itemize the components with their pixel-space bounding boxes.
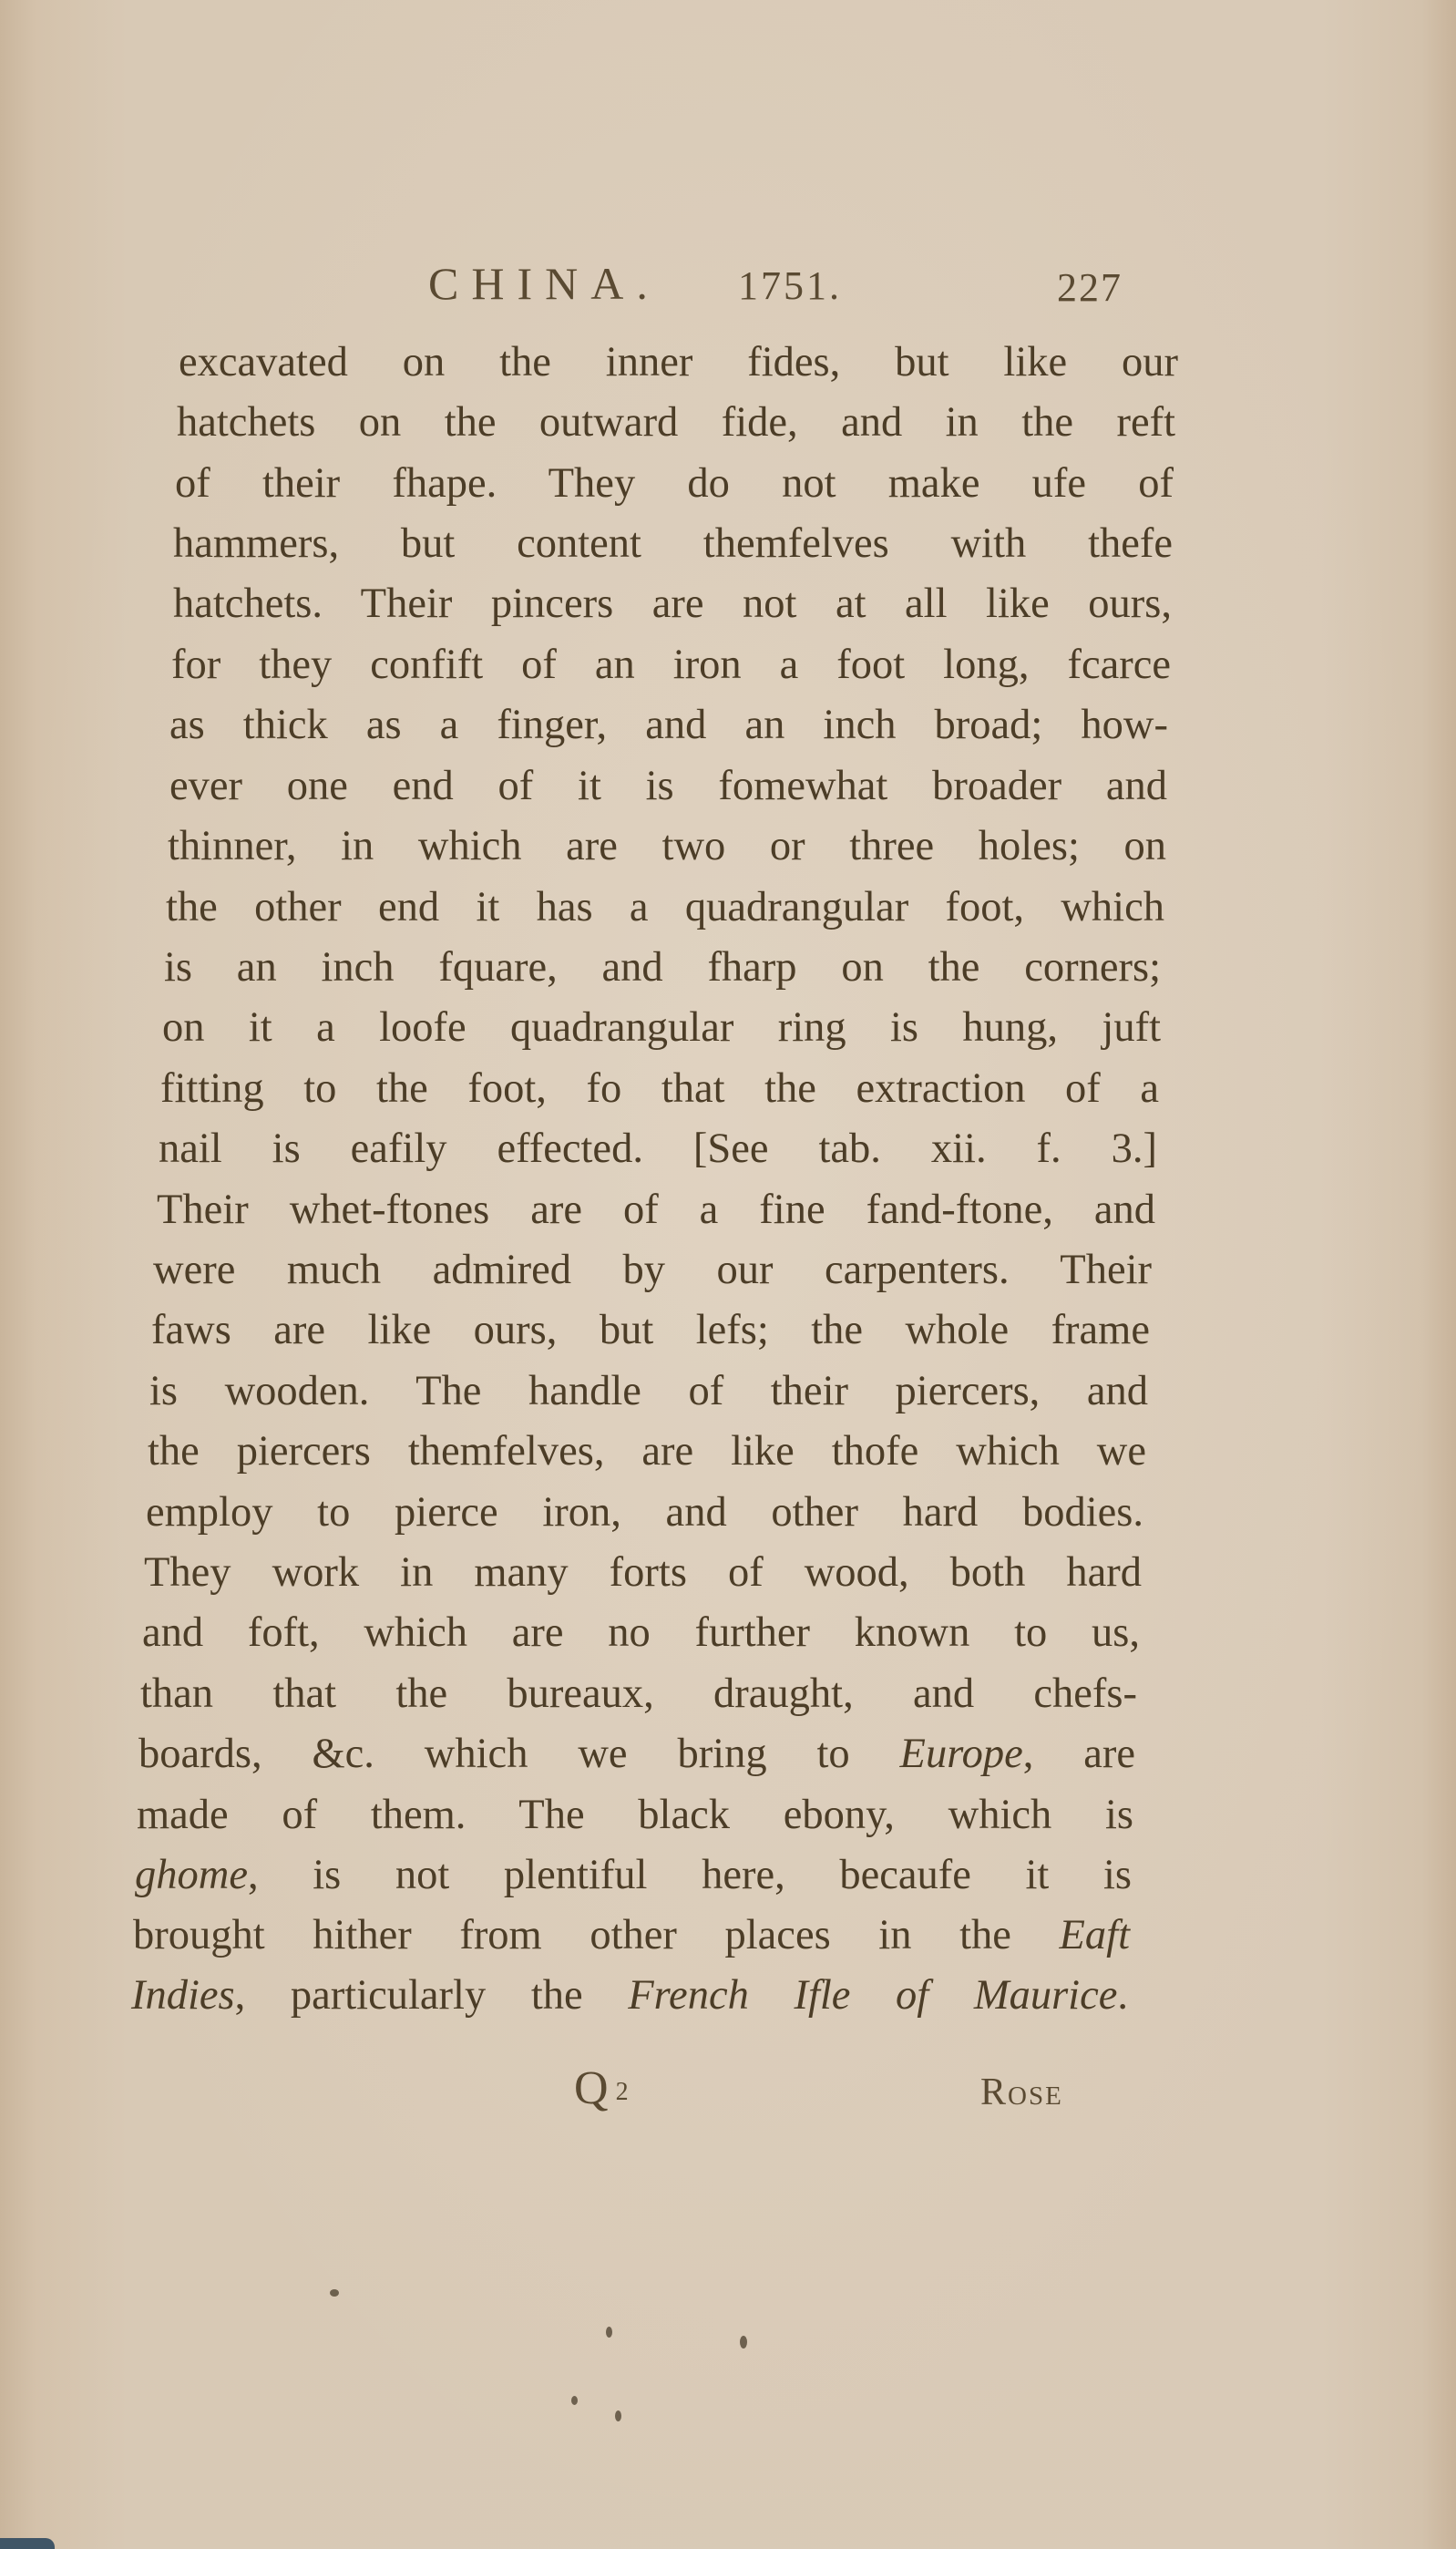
- italic-term: Europe: [900, 1731, 1023, 1777]
- catchword: Rose: [980, 2071, 1063, 2114]
- text-line: were much admired by our carpenters. The…: [153, 1243, 1152, 1298]
- book-page: CHINA. 1751. 227 excavated on the inner …: [0, 0, 1456, 2549]
- text-line: thinner, in which are two or three holes…: [168, 819, 1166, 874]
- running-year: 1751.: [738, 262, 842, 309]
- paper-speck: [606, 2327, 612, 2338]
- text-line: fitting to the foot, fo that the extract…: [160, 1062, 1159, 1116]
- text-line: Their whet-ftones are of a fine fand-fto…: [157, 1183, 1155, 1238]
- italic-term: Indies: [131, 1972, 235, 2019]
- text-line: faws are like ours, but lefs; the whole …: [151, 1303, 1150, 1358]
- text-line: hammers, but content themfelves with the…: [173, 517, 1173, 571]
- text-line: and foft, which are no further known to …: [142, 1606, 1140, 1660]
- text-line: made of them. The black ebony, which is: [137, 1788, 1133, 1843]
- signature-mark: Q2: [574, 2061, 629, 2115]
- text-line: is an inch fquare, and fharp on the corn…: [164, 940, 1161, 995]
- text-line: for they confift of an iron a foot long,…: [171, 638, 1171, 693]
- text-line: hatchets on the outward fide, and in the…: [177, 396, 1175, 450]
- italic-term: Eaft: [1060, 1912, 1131, 1958]
- italic-term: ghome: [135, 1852, 248, 1898]
- text-line: of their fhape. They do not make ufe of: [175, 457, 1174, 511]
- text-line: is wooden. The handle of their piercers,…: [149, 1364, 1148, 1419]
- text-line: employ to pierce iron, and other hard bo…: [146, 1485, 1143, 1540]
- text-line: than that the bureaux, draught, and chef…: [140, 1667, 1137, 1722]
- text-line: nail is eafily effected. [See tab. xii. …: [159, 1122, 1157, 1177]
- text-line: boards, &c. which we bring to Europe, ar…: [138, 1727, 1135, 1782]
- text-line: the piercers themfelves, are like thofe …: [148, 1424, 1146, 1479]
- signature-number: 2: [616, 2078, 629, 2106]
- scan-edge: [0, 2538, 55, 2549]
- text-line: on it a loofe quadrangular ring is hung,…: [162, 1001, 1161, 1055]
- text-line: hatchets. Their pincers are not at all l…: [173, 577, 1172, 632]
- text-line: Indies, particularly the French Ifle of …: [131, 1968, 1128, 2023]
- signature-letter: Q: [574, 2062, 609, 2114]
- paper-speck: [615, 2410, 621, 2421]
- running-title: CHINA.: [428, 257, 661, 310]
- text-line: They work in many forts of wood, both ha…: [144, 1546, 1142, 1600]
- running-head: CHINA. 1751. 227: [428, 257, 1157, 312]
- page-number: 227: [1057, 264, 1123, 311]
- paper-speck: [571, 2396, 578, 2405]
- italic-term: French Ifle of Maurice: [628, 1972, 1117, 2019]
- text-line: excavated on the inner fides, but like o…: [179, 335, 1178, 390]
- paper-speck: [740, 2336, 747, 2349]
- text-line: brought hither from other places in the …: [133, 1908, 1130, 1963]
- text-line: ever one end of it is fomewhat broader a…: [169, 759, 1167, 814]
- paper-speck: [330, 2289, 339, 2297]
- text-line: as thick as a finger, and an inch broad;…: [169, 698, 1168, 753]
- text-line: the other end it has a quadrangular foot…: [166, 880, 1164, 935]
- text-line: ghome, is not plentiful here, becaufe it…: [135, 1848, 1132, 1903]
